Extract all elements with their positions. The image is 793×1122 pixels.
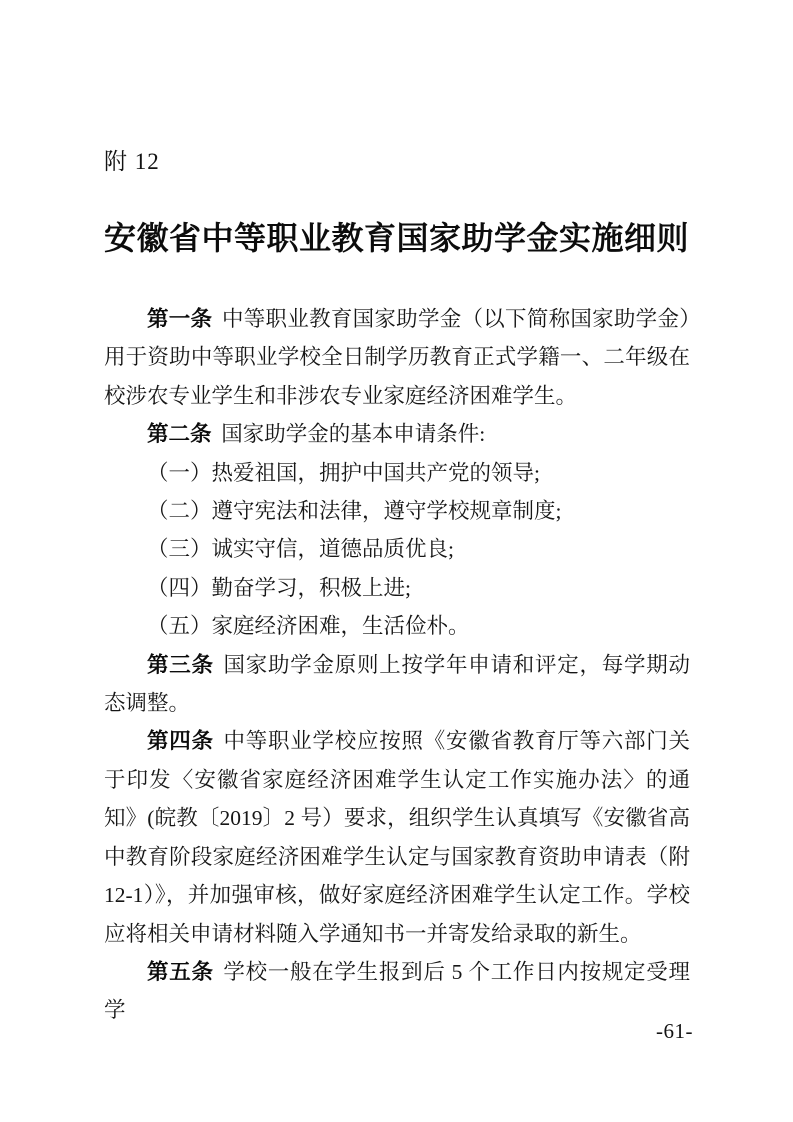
article-4-number: 第四条 xyxy=(147,729,214,753)
para-article-2: 第二条国家助学金的基本申请条件: xyxy=(104,415,690,453)
condition-item-1-text: （一）热爱祖国，拥护中国共产党的领导; xyxy=(147,461,540,485)
page-number: -61- xyxy=(656,1018,693,1044)
para-article-4: 第四条中等职业学校应按照《安徽省教育厅等六部门关于印发〈安徽省家庭经济困难学生认… xyxy=(104,722,690,952)
article-1-number: 第一条 xyxy=(147,307,212,331)
condition-item-1: （一）热爱祖国，拥护中国共产党的领导; xyxy=(104,454,690,492)
condition-item-3: （三）诚实守信，道德品质优良; xyxy=(104,530,690,568)
condition-item-5-text: （五）家庭经济困难，生活俭朴。 xyxy=(147,614,470,638)
article-3-number: 第三条 xyxy=(147,653,214,677)
condition-item-3-text: （三）诚实守信，道德品质优良; xyxy=(147,537,454,561)
attachment-label: 附 12 xyxy=(104,147,160,177)
condition-item-2: （二）遵守宪法和法律，遵守学校规章制度; xyxy=(104,492,690,530)
document-title: 安徽省中等职业教育国家助学金实施细则 xyxy=(0,216,793,260)
article-2-number: 第二条 xyxy=(147,422,212,446)
condition-item-2-text: （二）遵守宪法和法律，遵守学校规章制度; xyxy=(147,499,561,523)
para-article-1: 第一条中等职业教育国家助学金（以下简称国家助学金）用于资助中等职业学校全日制学历… xyxy=(104,300,690,415)
document-page: 附 12 安徽省中等职业教育国家助学金实施细则 第一条中等职业教育国家助学金（以… xyxy=(0,0,793,1122)
para-article-3: 第三条国家助学金原则上按学年申请和评定，每学期动态调整。 xyxy=(104,646,690,723)
article-4-text: 中等职业学校应按照《安徽省教育厅等六部门关于印发〈安徽省家庭经济困难学生认定工作… xyxy=(104,729,690,945)
article-2-text: 国家助学金的基本申请条件: xyxy=(221,422,485,446)
condition-item-4-text: （四）勤奋学习，积极上进; xyxy=(147,576,411,600)
document-body: 第一条中等职业教育国家助学金（以下简称国家助学金）用于资助中等职业学校全日制学历… xyxy=(104,300,690,1030)
para-article-5: 第五条学校一般在学生报到后 5 个工作日内按规定受理学 xyxy=(104,953,690,1030)
condition-item-5: （五）家庭经济困难，生活俭朴。 xyxy=(104,607,690,645)
condition-item-4: （四）勤奋学习，积极上进; xyxy=(104,569,690,607)
article-5-number: 第五条 xyxy=(147,960,214,984)
